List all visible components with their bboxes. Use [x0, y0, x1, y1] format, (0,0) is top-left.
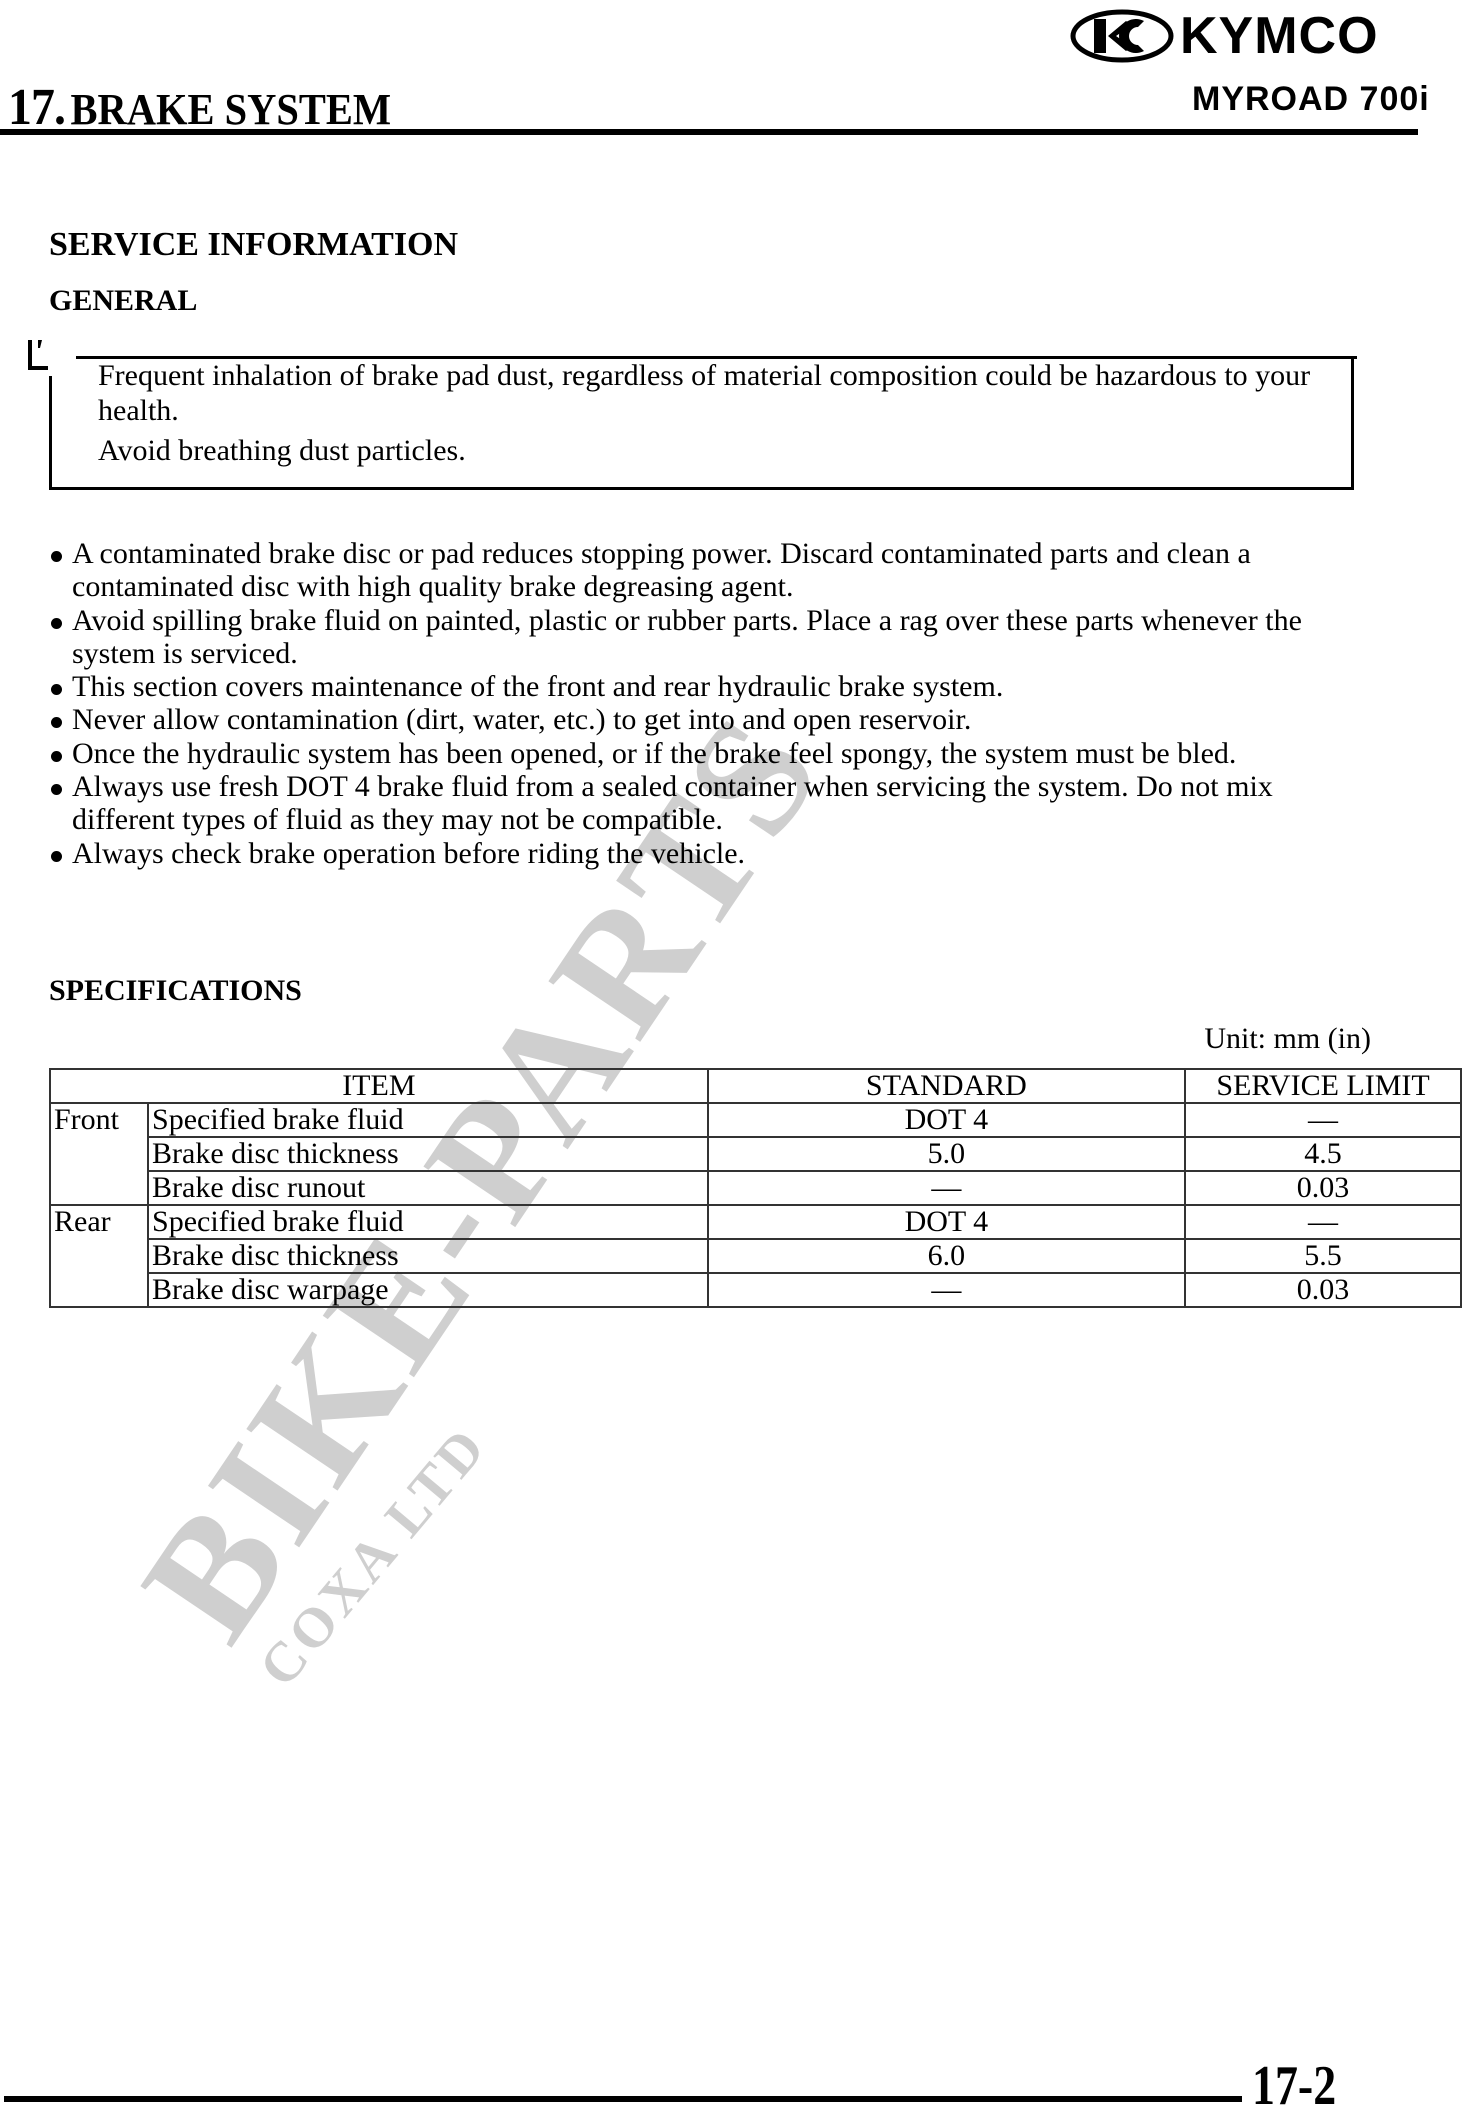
list-item: Never allow contamination (dirt, water, …: [49, 703, 1369, 736]
limit-cell: —: [1185, 1205, 1461, 1239]
group-label: Rear: [50, 1205, 148, 1307]
list-item: Avoid spilling brake fluid on painted, p…: [49, 604, 1369, 671]
limit-cell: 4.5: [1185, 1137, 1461, 1171]
list-item: Always check brake operation before ridi…: [49, 837, 1369, 870]
item-cell: Brake disc thickness: [148, 1239, 708, 1273]
model-name: MYROAD 700i: [1192, 80, 1430, 119]
standard-cell: —: [708, 1273, 1185, 1307]
table-row: Brake disc runout — 0.03: [50, 1171, 1461, 1205]
item-cell: Brake disc thickness: [148, 1137, 708, 1171]
service-notes-list: A contaminated brake disc or pad reduces…: [49, 537, 1369, 870]
standard-cell: —: [708, 1171, 1185, 1205]
limit-cell: 5.5: [1185, 1239, 1461, 1273]
column-header-item: ITEM: [50, 1069, 708, 1103]
table-row: Brake disc thickness 6.0 5.5: [50, 1239, 1461, 1273]
warning-text: Frequent inhalation of brake pad dust, r…: [98, 358, 1348, 468]
watermark-sub-text: COXA LTD: [247, 1415, 499, 1698]
specifications-table: ITEM STANDARD SERVICE LIMIT Front Specif…: [49, 1068, 1462, 1308]
item-cell: Brake disc warpage: [148, 1273, 708, 1307]
standard-cell: DOT 4: [708, 1103, 1185, 1137]
group-label: Front: [50, 1103, 148, 1205]
table-row: Brake disc warpage — 0.03: [50, 1273, 1461, 1307]
list-item: Once the hydraulic system has been opene…: [49, 737, 1369, 770]
warning-line: Frequent inhalation of brake pad dust, r…: [98, 358, 1348, 428]
standard-cell: DOT 4: [708, 1205, 1185, 1239]
brand-logo: KYMCO: [1070, 8, 1379, 64]
unit-label: Unit: mm (in): [1204, 1022, 1371, 1056]
item-cell: Brake disc runout: [148, 1171, 708, 1205]
table-row: Brake disc thickness 5.0 4.5: [50, 1137, 1461, 1171]
list-item: Always use fresh DOT 4 brake fluid from …: [49, 770, 1369, 837]
kymco-logo-icon: [1070, 9, 1174, 63]
column-header-service-limit: SERVICE LIMIT: [1185, 1069, 1461, 1103]
standard-cell: 5.0: [708, 1137, 1185, 1171]
warning-box-gap: [49, 356, 52, 376]
brand-name: KYMCO: [1180, 10, 1379, 62]
list-item: A contaminated brake disc or pad reduces…: [49, 537, 1369, 604]
watermark: BIKE-PARTS COXA LTD: [0, 0, 1462, 2117]
header-rule: [0, 129, 1418, 135]
table-header-row: ITEM STANDARD SERVICE LIMIT: [50, 1069, 1461, 1103]
limit-cell: 0.03: [1185, 1171, 1461, 1205]
standard-cell: 6.0: [708, 1239, 1185, 1273]
warning-line: Avoid breathing dust particles.: [98, 433, 1348, 468]
limit-cell: —: [1185, 1103, 1461, 1137]
table-row: Rear Specified brake fluid DOT 4 —: [50, 1205, 1461, 1239]
item-cell: Specified brake fluid: [148, 1205, 708, 1239]
table-row: Front Specified brake fluid DOT 4 —: [50, 1103, 1461, 1137]
list-item: This section covers maintenance of the f…: [49, 670, 1369, 703]
chapter-number: 17.: [8, 79, 65, 136]
item-cell: Specified brake fluid: [148, 1103, 708, 1137]
section-heading: SERVICE INFORMATION: [49, 226, 458, 264]
footer-rule: [4, 2096, 1242, 2102]
page-number: 17-2: [1252, 2058, 1336, 2114]
chapter-title-text: BRAKE SYSTEM: [71, 85, 392, 134]
limit-cell: 0.03: [1185, 1273, 1461, 1307]
general-heading: GENERAL: [49, 284, 197, 318]
specifications-heading: SPECIFICATIONS: [49, 974, 302, 1008]
column-header-standard: STANDARD: [708, 1069, 1185, 1103]
